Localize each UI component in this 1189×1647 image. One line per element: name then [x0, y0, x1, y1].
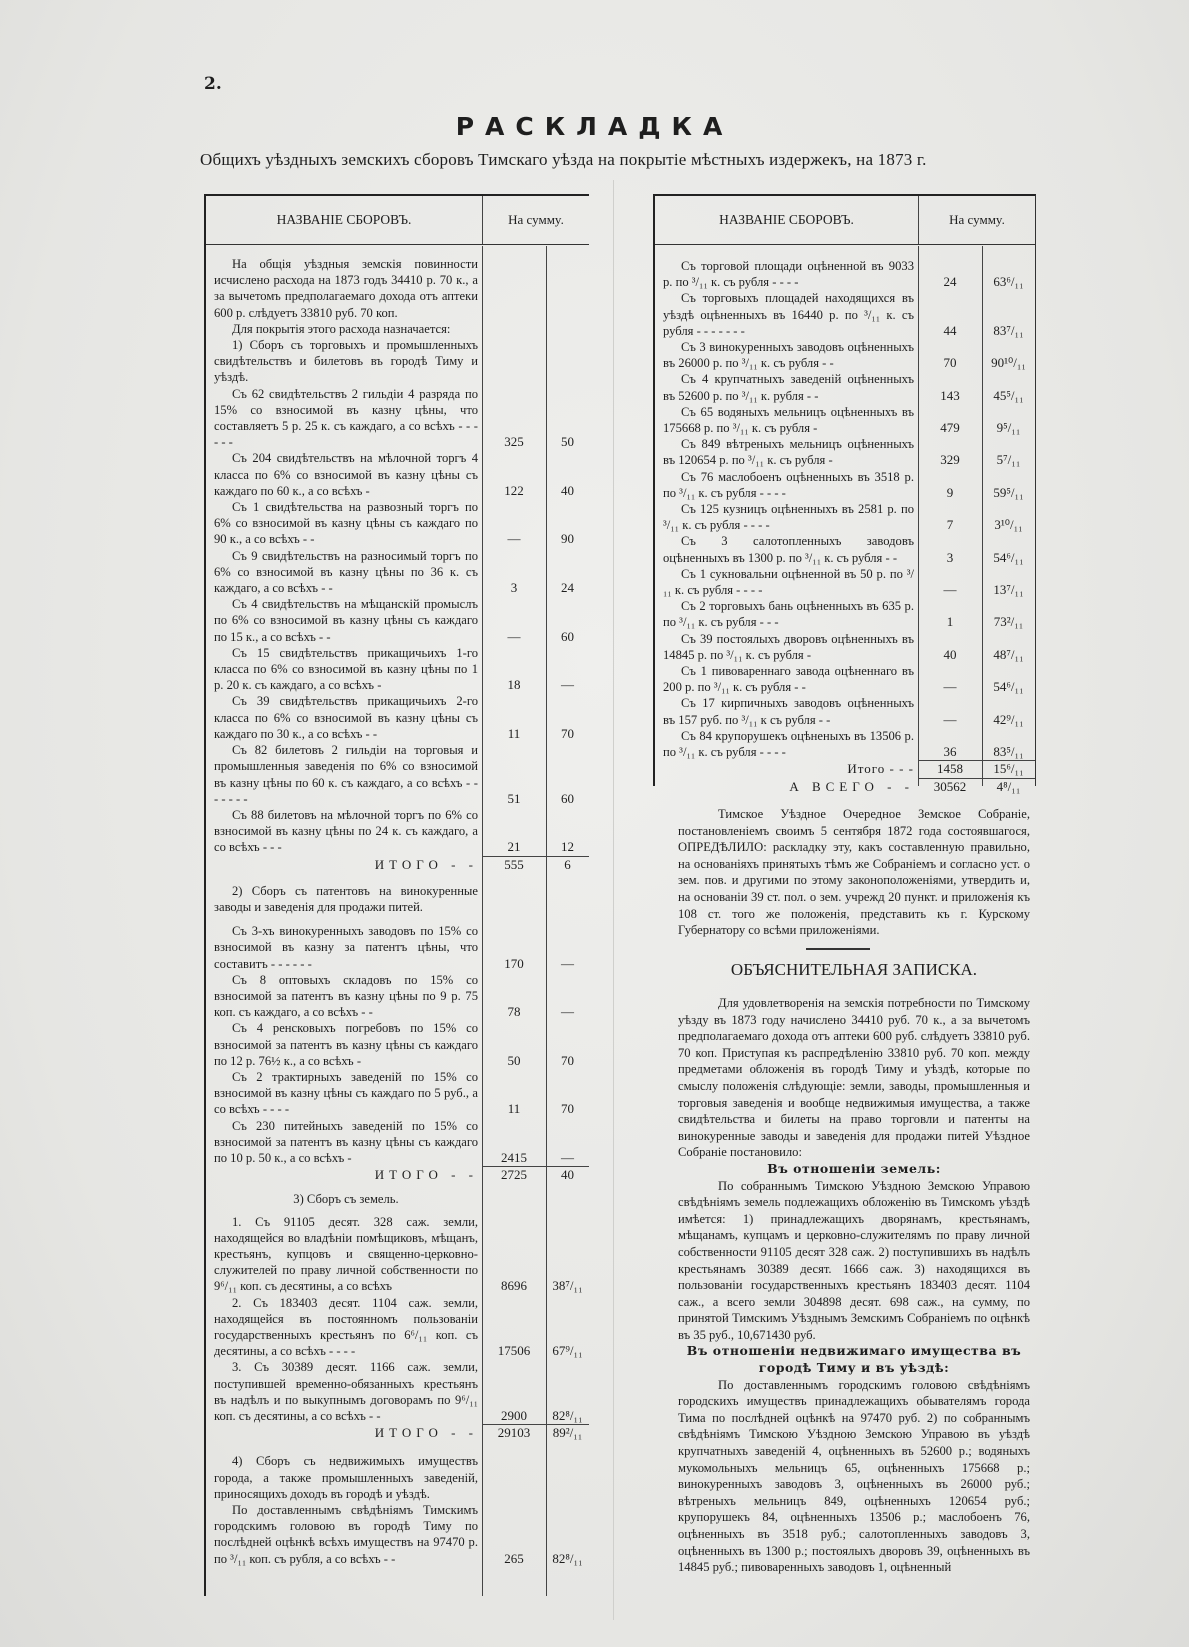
- table-row: 1. Съ 91105 десят. 328 саж. земли, наход…: [206, 1214, 589, 1295]
- intro-text: На общія уѣздныя земскія повинности исчи…: [206, 248, 482, 321]
- document-page: 2. РАСКЛАДКА Общихъ уѣздныхъ земскихъ сб…: [0, 0, 1189, 1647]
- land-text: По собраннымъ Тимскою Уѣздною Земскою Уп…: [678, 1178, 1030, 1344]
- table-row: Съ 62 свидѣтельствъ 2 гильдіи 4 разряда …: [206, 386, 589, 451]
- table-row: Съ 1 сукновальни оцѣненной въ 50 р. по ³…: [655, 566, 1035, 598]
- table-row: 2. Съ 183403 десят. 1104 саж. земли, нах…: [206, 1295, 589, 1360]
- property-text: По доставленнымъ городскимъ головою свѣд…: [678, 1377, 1030, 1576]
- table-row: Съ 8 оптовыхъ складовъ по 15% со взносим…: [206, 972, 589, 1021]
- explanatory-note-title: ОБЪЯСНИТЕЛЬНАЯ ЗАПИСКА.: [678, 960, 1030, 980]
- table-row: Съ торговыхъ площадей находящихся въ уѣз…: [655, 290, 1035, 339]
- table-row: Съ 4 ренсковыхъ погребовъ по 15% со взно…: [206, 1020, 589, 1069]
- table-row: Съ 15 свидѣтельствъ прикащичьихъ 1-го кл…: [206, 645, 589, 694]
- section-heading: 4) Сборъ съ недвижимыхъ имуществъ города…: [206, 1441, 482, 1502]
- table-row: Съ 204 свидѣтельствъ на мѣлочной торгъ 4…: [206, 450, 589, 499]
- table-row: Съ 17 кирпичныхъ заводовъ оцѣненныхъ въ …: [655, 695, 1035, 727]
- land-heading: Въ отношеніи земель:: [678, 1161, 1030, 1178]
- section-heading: 2) Сборъ съ патентовъ на винокуренные за…: [206, 873, 482, 915]
- grand-total-row: А ВСЕГО - -305624⁸/₁₁: [655, 778, 1035, 795]
- table-row: Съ 849 вѣтреныхъ мельницъ оцѣненныхъ въ …: [655, 436, 1035, 468]
- table-row: Съ 4 крупчатныхъ заведеній оцѣненныхъ въ…: [655, 371, 1035, 403]
- table-header: НАЗВАНІЕ СБОРОВЪ. На суммy.: [655, 196, 1035, 245]
- section-heading: 1) Сборъ съ торговыхъ и промышленныхъ св…: [206, 337, 482, 386]
- column-header-sum: На суммy.: [919, 196, 1035, 244]
- table-row: Съ торговой площади оцѣненной въ 9033 р.…: [655, 258, 1035, 290]
- section-divider: [806, 948, 870, 950]
- table-row: 3. Съ 30389 десят. 1166 саж. земли, пост…: [206, 1359, 589, 1424]
- table-row: Съ 1 свидѣтельства на развозный торгъ по…: [206, 499, 589, 548]
- purpose-text: Для покрытія этого расхода назначается:: [206, 321, 482, 337]
- subtotal-row: ИТОГО - -272540: [206, 1166, 589, 1183]
- table-row: Съ 1 пивовареннаго завода оцѣненнаго въ …: [655, 663, 1035, 695]
- subtotal-row: ИТОГО - -5556: [206, 856, 589, 873]
- left-levy-table: НАЗВАНІЕ СБОРОВЪ. На суммy. На общія уѣз…: [204, 194, 589, 1596]
- table-row: Съ 9 свидѣтельствъ на разносимый торгъ п…: [206, 548, 589, 597]
- table-row: Съ 39 свидѣтельствъ прикащичьихъ 2-го кл…: [206, 693, 589, 742]
- column-header-sum: На суммy.: [483, 196, 589, 244]
- decree-text: Тимское Уѣздное Очередное Земское Собран…: [678, 806, 1030, 939]
- document-subtitle: Общихъ уѣздныхъ земскихъ сборовъ Тимскаг…: [200, 150, 1040, 170]
- section-heading: 3) Сборъ съ земель.: [206, 1183, 482, 1213]
- table-row: Съ 230 питейныхъ заведеній по 15% со взн…: [206, 1118, 589, 1167]
- table-row: Съ 3-хъ винокуренныхъ заводовъ по 15% со…: [206, 923, 589, 972]
- table-body: Съ торговой площади оцѣненной въ 9033 р.…: [655, 248, 1035, 795]
- table-row: Съ 2 торговыхъ бань оцѣненныхъ въ 635 р.…: [655, 598, 1035, 630]
- table-row: Съ 84 крупорушекъ оцѣненыхъ въ 13506 р. …: [655, 728, 1035, 760]
- subtotal-row: Итого - - -145815⁶/₁₁: [655, 760, 1035, 777]
- subtotal-row: ИТОГО - -2910389²/₁₁: [206, 1424, 589, 1441]
- assembly-decree: Тимское Уѣздное Очередное Земское Собран…: [678, 806, 1030, 939]
- column-header-name: НАЗВАНІЕ СБОРОВЪ.: [206, 196, 483, 244]
- table-row: Съ 3 салотопленныхъ заводовъ оцѣненныхъ …: [655, 533, 1035, 565]
- note-intro: Для удовлетворенія на земскія потребност…: [678, 995, 1030, 1161]
- table-row: По доставленнымъ свѣдѣніямъ Тимскимъ гор…: [206, 1502, 589, 1567]
- page-fold-line: [613, 180, 614, 1620]
- table-row: Съ 82 билетовъ 2 гильдіи на торговыя и п…: [206, 742, 589, 807]
- table-row: Съ 76 маслобоенъ оцѣненныхъ въ 3518 р. п…: [655, 469, 1035, 501]
- table-row: Съ 3 винокуренныхъ заводовъ оцѣненныхъ в…: [655, 339, 1035, 371]
- table-row: Съ 39 постоялыхъ дворовъ оцѣненныхъ въ 1…: [655, 631, 1035, 663]
- property-heading: Въ отношеніи недвижимаго имущества въ го…: [678, 1343, 1030, 1376]
- page-number: 2.: [204, 74, 222, 94]
- table-row: Съ 2 трактирныхъ заведеній по 15% со взн…: [206, 1069, 589, 1118]
- table-row: Съ 88 билетовъ на мѣлочной торгъ по 6% с…: [206, 807, 589, 856]
- column-header-name: НАЗВАНІЕ СБОРОВЪ.: [655, 196, 919, 244]
- table-header: НАЗВАНІЕ СБОРОВЪ. На суммy.: [206, 196, 589, 245]
- explanatory-note: Для удовлетворенія на земскія потребност…: [678, 995, 1030, 1576]
- table-row: Съ 65 водяныхъ мельницъ оцѣненныхъ въ 17…: [655, 404, 1035, 436]
- table-body: На общія уѣздныя земскія повинности исчи…: [206, 248, 589, 1567]
- right-levy-table: НАЗВАНІЕ СБОРОВЪ. На суммy. Съ торговой …: [653, 194, 1036, 786]
- table-row: Съ 125 кузницъ оцѣненныхъ въ 2581 р. по …: [655, 501, 1035, 533]
- document-title: РАСКЛАДКА: [0, 112, 1189, 141]
- table-row: Съ 4 свидѣтельствъ на мѣщанскій промыслъ…: [206, 596, 589, 645]
